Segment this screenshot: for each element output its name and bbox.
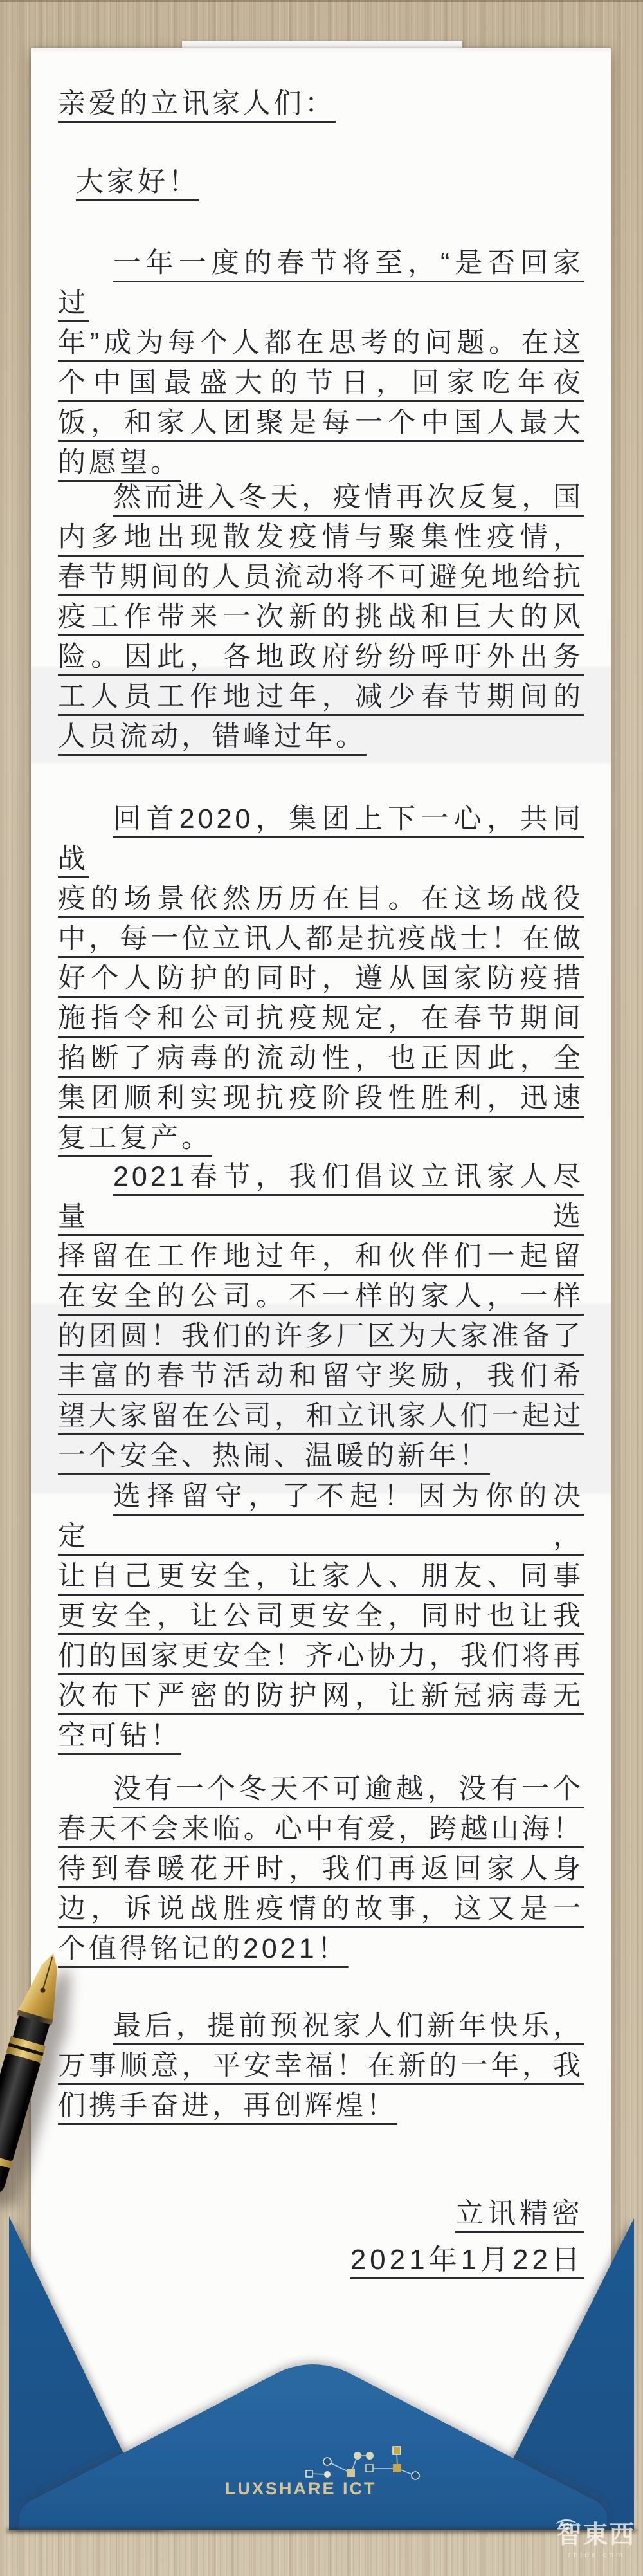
letter-line: 一年一度的春节将至，“是否回家过: [58, 243, 584, 323]
letter-line: 最后，提前预祝家人们新年快乐，: [58, 2006, 584, 2046]
photo-top-edge: [0, 0, 643, 2]
letter-scene: 亲爱的立讯家人们： 大家好！ 一年一度的春节将至，“是否回家过年”成为每个人都在…: [0, 0, 643, 2576]
letter-line: 工人员工作地过年，减少春节期间的: [58, 677, 584, 717]
salutation: 亲爱的立讯家人们：: [58, 84, 584, 124]
paragraph-6: 没有一个冬天不可逾越，没有一个春天不会来临。心中有爱，跨越山海！待到春暖花开时，…: [58, 1769, 584, 1969]
paragraph-4: 2021春节，我们倡议立讯家人尽量选择留在工作地过年，和伙伴们一起留在安全的公司…: [58, 1157, 584, 1476]
paragraph-7: 最后，提前预祝家人们新年快乐，万事顺意，平安幸福！在新的一年，我们携手奋进，再创…: [58, 2006, 584, 2126]
letter-line: 一个安全、热闹、温暖的新年！: [58, 1436, 584, 1476]
envelope-shadow: [6, 2528, 637, 2533]
letter-line: 们的国家更安全！齐心协力，我们将再: [58, 1636, 584, 1676]
letter-line: 选择留守，了不起！因为你的决定，: [58, 1477, 584, 1556]
letter-line: 择留在工作地过年，和伙伴们一起留: [58, 1237, 584, 1276]
letter-line: 万事顺意，平安幸福！在新的一年，我: [58, 2046, 584, 2086]
letter-line: 施指令和公司抗疫规定，在春节期间: [58, 998, 584, 1038]
opening-text: 大家好！: [76, 167, 199, 198]
letter-line: 疫工作带来一次新的挑战和巨大的风: [58, 597, 584, 637]
letter-line: 丰富的春节活动和留守奖励，我们希: [58, 1356, 584, 1396]
paragraph-1: 一年一度的春节将至，“是否回家过年”成为每个人都在思考的问题。在这个中国最盛大的…: [58, 243, 584, 483]
letter-line: 边，诉说战胜疫情的故事，这又是一: [58, 1889, 584, 1929]
letter-line: 的团圆！我们的许多厂区为大家准备了: [58, 1316, 584, 1356]
letter-line: 春节期间的人员流动将不可避免地给抗: [58, 557, 584, 597]
letter-line: 集团顺利实现抗疫阶段性胜利，迅速: [58, 1078, 584, 1118]
letter-line: 空可钻！: [58, 1716, 584, 1756]
letter-line: 待到春暖花开时，我们再返回家人身: [58, 1849, 584, 1889]
letter-line: 疫的场景依然历历在目。在这场战役: [58, 879, 584, 919]
letter-line: 然而进入冬天，疫情再次反复，国: [58, 477, 584, 517]
letter-line: 年”成为每个人都在思考的问题。在这: [58, 323, 584, 363]
pen-nib-breather-hole: [40, 1987, 46, 1994]
letter-line: 人员流动，错峰过年。: [58, 717, 584, 757]
envelope-brand-logo: LUXSHARE ICT: [225, 2479, 392, 2499]
letter-line: 让自己更安全，让家人、朋友、同事: [58, 1556, 584, 1596]
letter-line: 望大家留在公司，和立讯家人们一起过: [58, 1396, 584, 1436]
paragraph-3: 回首2020，集团上下一心，共同战疫的场景依然历历在目。在这场战役中，每一位立讯…: [58, 799, 584, 1158]
watermark-text: 智東西: [552, 2521, 640, 2550]
pen-nib-slit: [42, 1956, 53, 1989]
letter-line: 饭，和家人团聚是每一个中国人最大: [58, 403, 584, 443]
letter-line: 2021春节，我们倡议立讯家人尽量选: [58, 1157, 584, 1237]
letter-line: 个中国最盛大的节日，回家吃年夜: [58, 363, 584, 403]
letter-line: 回首2020，集团上下一心，共同战: [58, 799, 584, 879]
letter-line: 中，每一位立讯人都是抗疫战士！在做: [58, 919, 584, 959]
watermark: 智東西 zhidx.com: [552, 2521, 640, 2559]
letter-line: 内多地出现散发疫情与聚集性疫情，: [58, 517, 584, 557]
opening-line: 大家好！: [58, 162, 602, 202]
letter-line: 个值得铭记的2021！: [58, 1929, 584, 1969]
letter-line: 们携手奋进，再创辉煌！: [58, 2086, 584, 2126]
letter-line: 掐断了病毒的流动性，也正因此，全: [58, 1038, 584, 1078]
letter-line: 在安全的公司。不一样的家人，一样: [58, 1276, 584, 1316]
letter-line: 更安全，让公司更安全，同时也让我: [58, 1596, 584, 1636]
letter-line: 春天不会来临。心中有爱，跨越山海！: [58, 1809, 584, 1849]
letter-line: 的愿望。: [58, 443, 584, 483]
salutation-text: 亲爱的立讯家人们：: [58, 88, 336, 119]
paragraph-2: 然而进入冬天，疫情再次反复，国内多地出现散发疫情与聚集性疫情，春节期间的人员流动…: [58, 477, 584, 757]
watermark-domain: zhidx.com: [552, 2550, 640, 2559]
letter-line: 没有一个冬天不可逾越，没有一个: [58, 1769, 584, 1809]
letter-line: 险。因此，各地政府纷纷呼吁外出务: [58, 637, 584, 677]
letter-line: 好个人防护的同时，遵从国家防疫措: [58, 959, 584, 998]
letter-line: 次布下严密的防护网，让新冠病毒无: [58, 1676, 584, 1716]
paragraph-5: 选择留守，了不起！因为你的决定，让自己更安全，让家人、朋友、同事更安全，让公司更…: [58, 1477, 584, 1756]
letter-line: 复工复产。: [58, 1118, 584, 1158]
